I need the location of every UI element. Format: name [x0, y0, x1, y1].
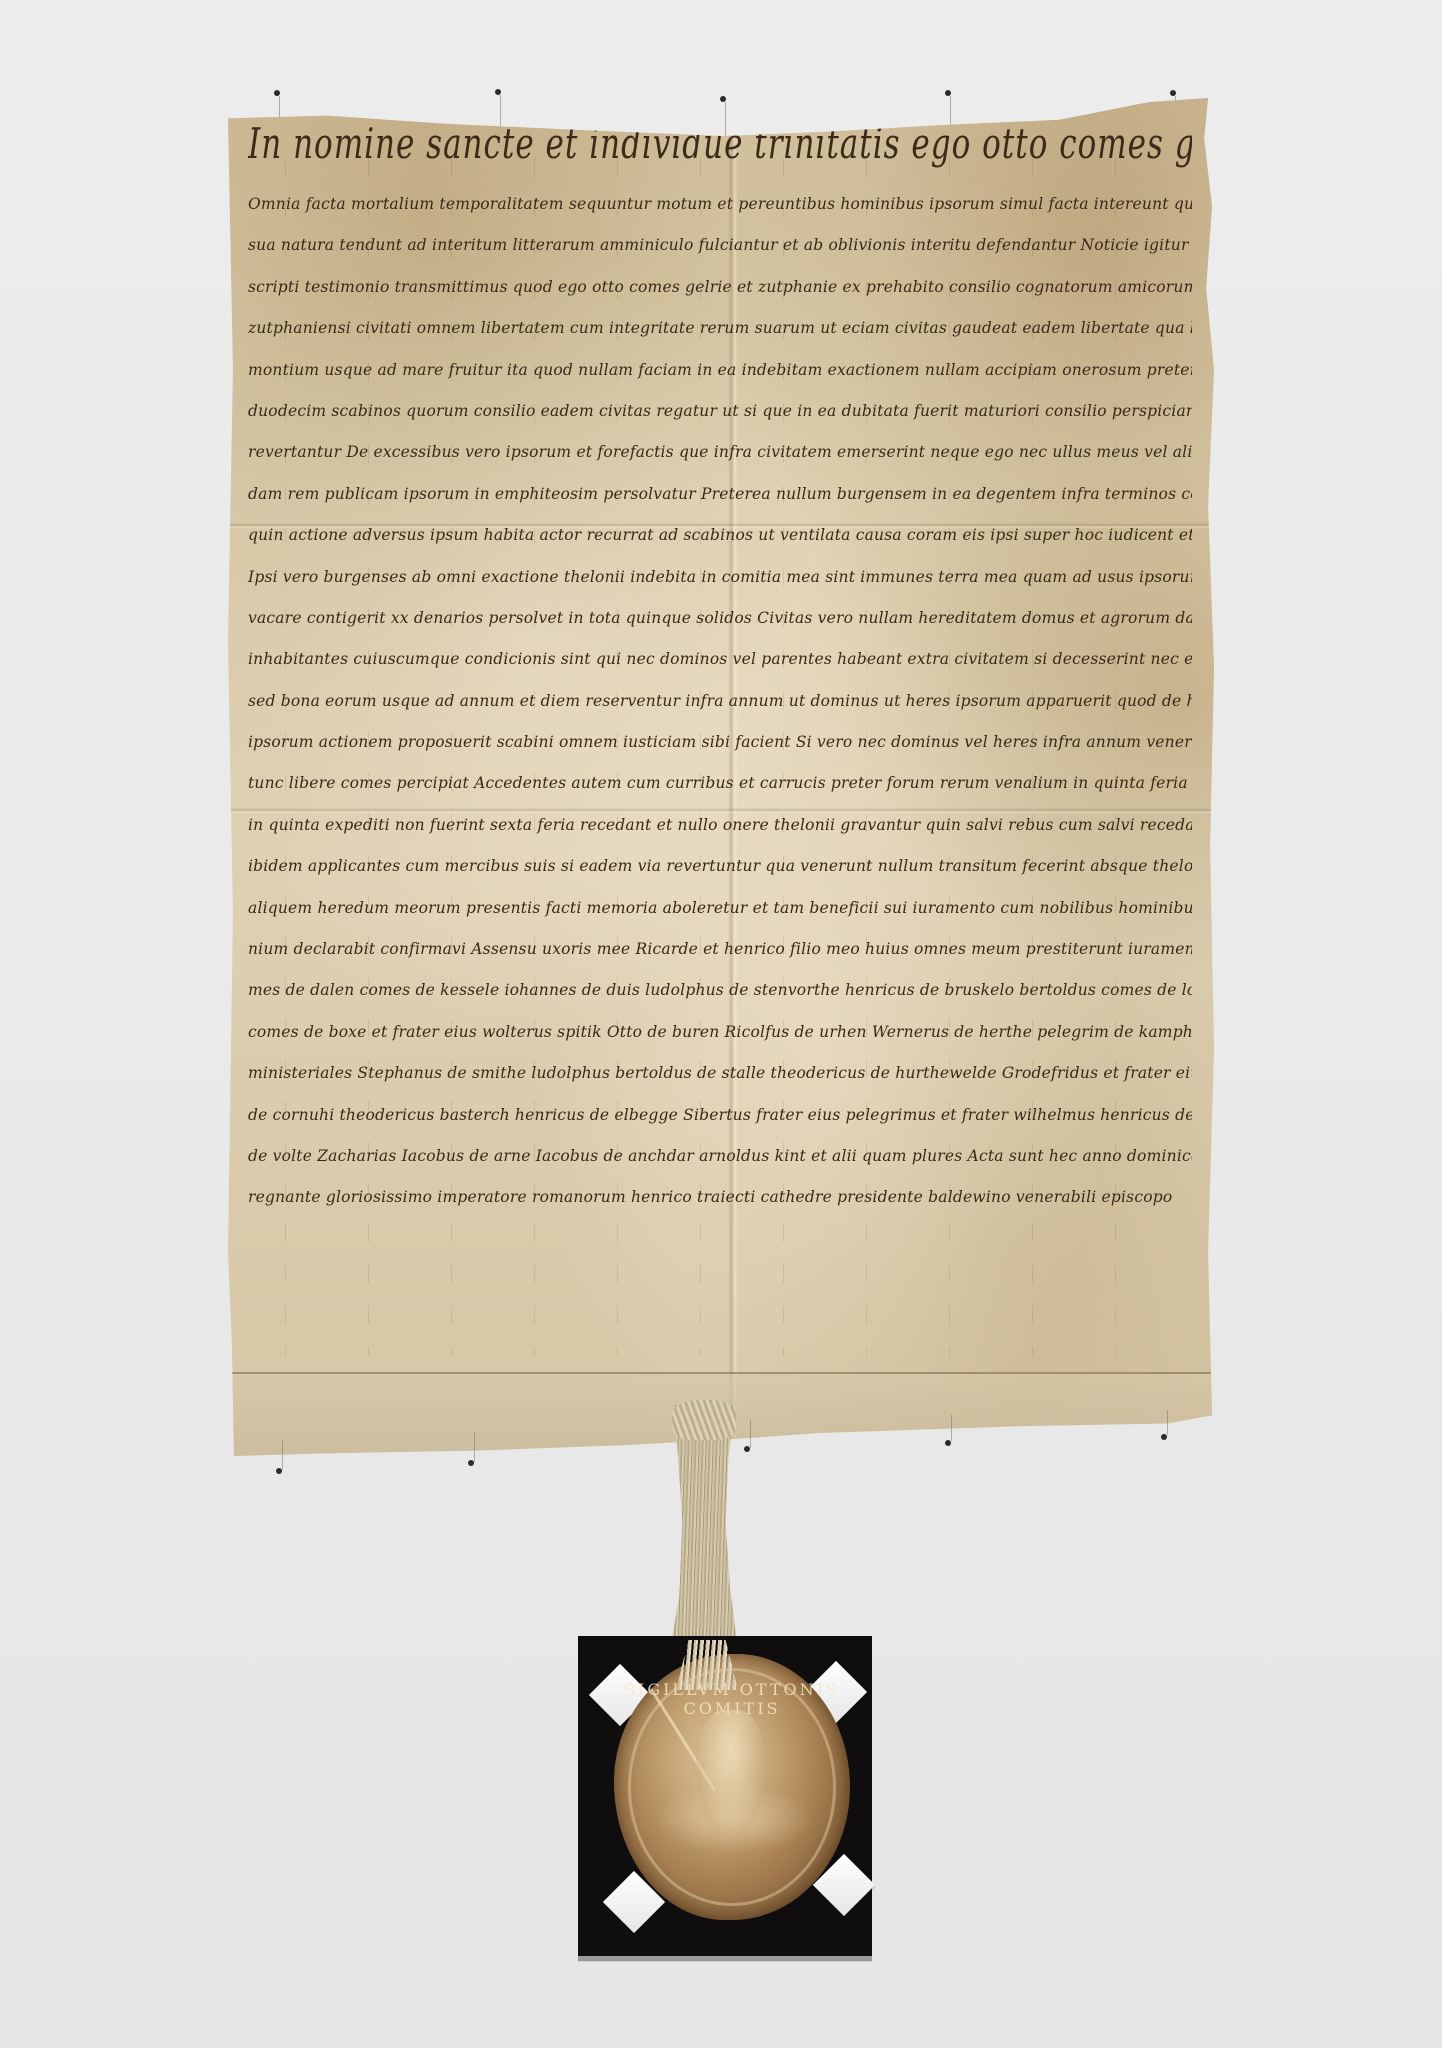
pin-thread — [951, 1415, 952, 1441]
text-line: comes de boxe et frater eius wolterus sp… — [248, 1012, 1192, 1053]
text-line: vacare contigerit xx denarios persolvet … — [248, 598, 1192, 639]
text-line: tunc libere comes percipiat Accedentes a… — [248, 763, 1192, 804]
text-line: montium usque ad mare fruitur ita quod n… — [248, 350, 1192, 391]
pin-thread — [500, 95, 501, 130]
mounting-pin — [1170, 90, 1176, 96]
text-line: Ipsi vero burgenses ab omni exactione th… — [248, 557, 1192, 598]
text-line: regnante gloriosissimo imperatore romano… — [248, 1177, 1192, 1218]
text-line: ipsorum actionem proposuerit scabini omn… — [248, 722, 1192, 763]
text-line: ibidem applicantes cum mercibus suis si … — [248, 846, 1192, 887]
pin-thread — [474, 1432, 475, 1462]
mounting-pin — [744, 1446, 750, 1452]
text-line: dam rem publicam ipsorum in emphiteosim … — [248, 474, 1192, 515]
mounting-pin — [945, 90, 951, 96]
text-line: inhabitantes cuiuscumque condicionis sin… — [248, 639, 1192, 680]
text-line: scripti testimonio transmittimus quod eg… — [248, 267, 1192, 308]
mounting-pin — [276, 1468, 282, 1474]
seal-cord-knot — [672, 1400, 736, 1440]
text-line: aliquem heredum meorum presentis facti m… — [248, 888, 1192, 929]
text-line: Omnia facta mortalium temporalitatem seq… — [248, 184, 1192, 225]
text-line: mes de dalen comes de kessele iohannes d… — [248, 970, 1192, 1011]
mounting-pin — [495, 89, 501, 95]
mounting-pin — [1161, 1434, 1167, 1440]
text-line: de cornuhi theodericus basterch henricus… — [248, 1095, 1192, 1136]
text-line: zutphaniensi civitati omnem libertatem c… — [248, 308, 1192, 349]
pin-thread — [282, 1440, 283, 1470]
mounting-pin — [274, 90, 280, 96]
charter-parchment: In nomine sancte et individue trinitatis… — [228, 98, 1218, 1456]
charter-text: Omnia facta mortalium temporalitatem seq… — [248, 184, 1192, 1219]
text-line: sua natura tendunt ad interitum litterar… — [248, 225, 1192, 266]
text-line: ministeriales Stephanus de smithe ludolp… — [248, 1053, 1192, 1094]
text-line: de volte Zacharias Iacobus de arne Iacob… — [248, 1136, 1192, 1177]
text-line: duodecim scabinos quorum consilio eadem … — [248, 391, 1192, 432]
pin-thread — [1167, 1410, 1168, 1435]
text-line: revertantur De excessibus vero ipsorum e… — [248, 432, 1192, 473]
text-line: nium declarabit confirmavi Assensu uxori… — [248, 929, 1192, 970]
seal-rider-relief — [696, 1710, 766, 1840]
mounting-pin — [468, 1460, 474, 1466]
wax-seal: SIGILLVM OTTONIS COMITIS — [614, 1654, 850, 1920]
text-line: quin actione adversus ipsum habita actor… — [248, 515, 1192, 556]
pin-thread — [750, 1420, 751, 1448]
text-line: sed bona eorum usque ad annum et diem re… — [248, 681, 1192, 722]
text-line: in quinta expediti non fuerint sexta fer… — [248, 805, 1192, 846]
mounting-pin — [720, 96, 726, 102]
mounting-pin — [945, 1440, 951, 1446]
